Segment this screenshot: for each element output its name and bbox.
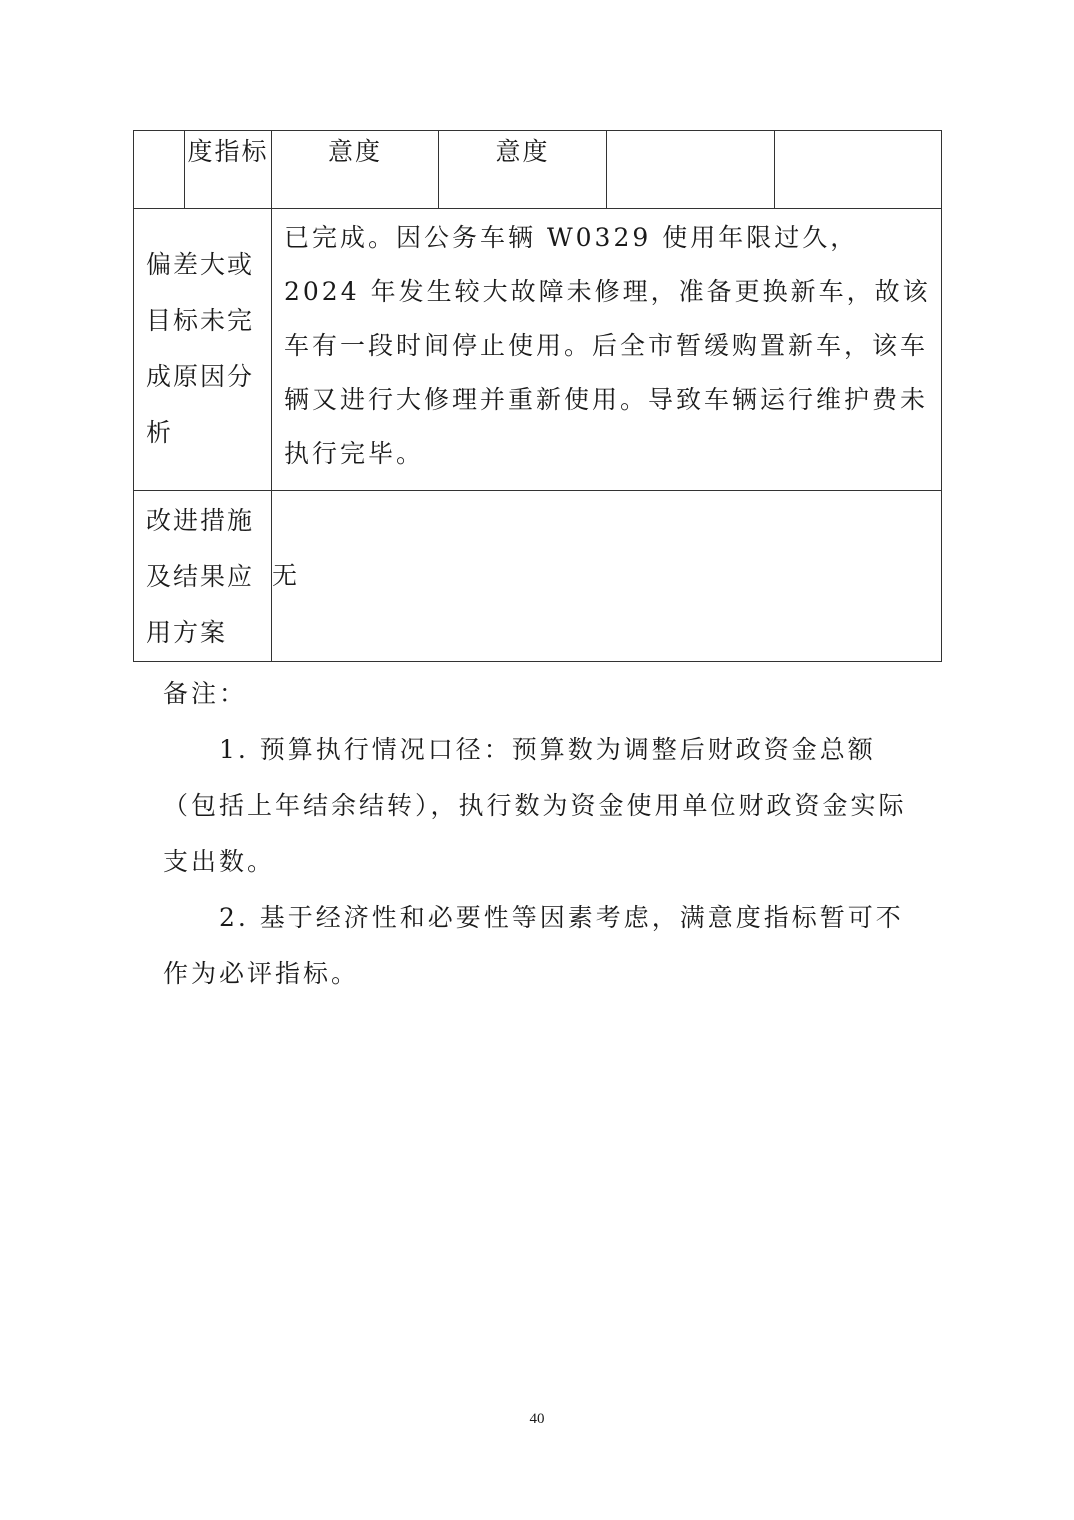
table-cell: 意度: [439, 131, 607, 209]
note-item-1: 1. 预算执行情况口径：预算数为调整后财政资金总额（包括上年结余结转），执行数为…: [163, 722, 923, 890]
table-cell-indicator-name: 度指标: [185, 131, 272, 209]
table-row-improvement-plan: 改进措施及结果应用方案 无: [134, 491, 942, 662]
note-item-2: 2. 基于经济性和必要性等因素考虑，满意度指标暂可不作为必评指标。: [163, 890, 923, 1002]
table-cell: [134, 131, 185, 209]
table-cell: [607, 131, 775, 209]
deviation-analysis-label: 偏差大或目标未完成原因分析: [134, 209, 271, 461]
table-row-indicator-continuation: 度指标 意度 意度: [134, 131, 942, 209]
improvement-plan-label: 改进措施及结果应用方案: [134, 491, 271, 661]
row-label-cell: 改进措施及结果应用方案: [134, 491, 272, 662]
table-cell: [775, 131, 942, 209]
row-label-cell: 偏差大或目标未完成原因分析: [134, 209, 272, 491]
notes-section: 备注： 1. 预算执行情况口径：预算数为调整后财政资金总额（包括上年结余结转），…: [163, 666, 923, 1002]
table-row-deviation-analysis: 偏差大或目标未完成原因分析 已完成。因公务车辆 W0329 使用年限过久，202…: [134, 209, 942, 491]
page-number: 40: [0, 1411, 1074, 1428]
deviation-analysis-content: 已完成。因公务车辆 W0329 使用年限过久，2024 年发生较大故障未修理，准…: [272, 209, 941, 481]
improvement-plan-content: 无: [272, 491, 942, 662]
notes-title: 备注：: [163, 666, 923, 722]
row-content-cell: 已完成。因公务车辆 W0329 使用年限过久，2024 年发生较大故障未修理，准…: [272, 209, 942, 491]
performance-table: 度指标 意度 意度 偏差大或目标未完成原因分析 已完成。因公务车辆 W0329 …: [133, 130, 942, 662]
table-cell: 意度: [272, 131, 439, 209]
